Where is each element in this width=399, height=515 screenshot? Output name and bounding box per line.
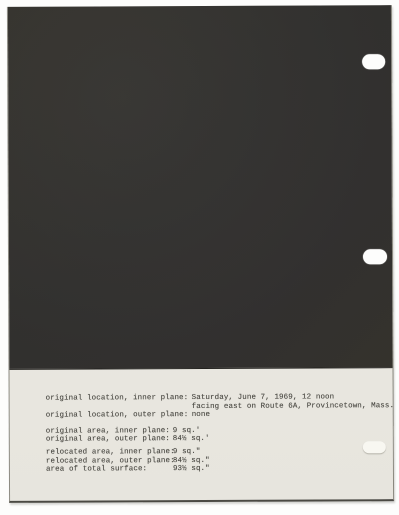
caption-label: area of total surface: — [46, 465, 173, 474]
caption-value: 93½ sq." — [173, 465, 210, 474]
hole-punch-icon — [362, 54, 385, 69]
caption-value: 84½ sq.' — [173, 435, 210, 444]
caption-value: facing east on Route 6A, Provincetown, M… — [192, 402, 394, 411]
caption-label: original location, outer plane: — [46, 411, 192, 420]
caption-location-group: original location, inner plane: Saturday… — [46, 393, 395, 420]
caption-value: 84½ sq." — [173, 457, 210, 466]
caption-row: area of total surface: 93½ sq." — [46, 464, 394, 474]
black-paper-sheet — [8, 5, 393, 370]
document-page: original location, inner plane: Saturday… — [7, 5, 394, 503]
caption-row: facing east on Route 6A, Provincetown, M… — [46, 402, 394, 412]
typed-caption: original location, inner plane: Saturday… — [46, 393, 395, 474]
caption-relocated-area-group: relocated area, inner plane: 9 sq." relo… — [46, 447, 395, 474]
hole-punch-icon — [363, 249, 387, 264]
caption-row: original location, outer plane: none — [46, 410, 394, 420]
caption-row: original area, outer plane: 84½ sq.' — [46, 435, 394, 445]
scan-background: original location, inner plane: Saturday… — [0, 0, 399, 515]
caption-value: 9 sq." — [173, 448, 201, 457]
caption-label: original area, outer plane: — [46, 435, 173, 444]
caption-original-area-group: original area, inner plane: 9 sq.' origi… — [46, 426, 395, 445]
caption-value: none — [192, 411, 210, 420]
